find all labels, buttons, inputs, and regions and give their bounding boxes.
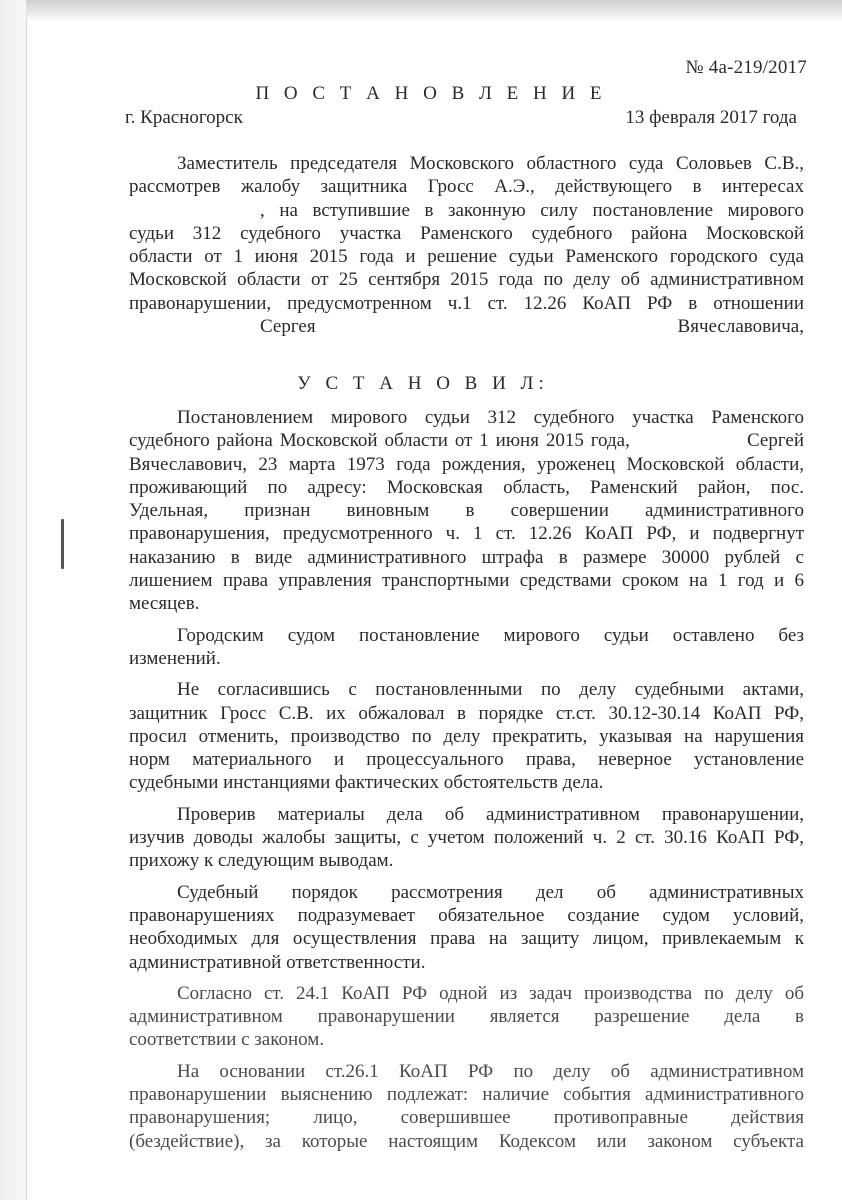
text-line: Городским судом постановление мирового с… xyxy=(129,624,804,647)
intro-paragraph: Заместитель председателя Московского обл… xyxy=(129,152,804,338)
text-line: необходимых для осуществления права на з… xyxy=(129,927,804,950)
text-line: Проверив материалы дела об административ… xyxy=(129,803,804,826)
paragraph: Согласно ст. 24.1 КоАП РФ одной из задач… xyxy=(129,982,804,1052)
place-date-line: г. Красногорск 13 февраля 2017 года xyxy=(125,107,797,129)
paragraph: Постановлением мирового судьи 312 судебн… xyxy=(129,406,804,616)
paragraph: Судебный порядок рассмотрения дел об адм… xyxy=(129,881,804,974)
text-line: правонарушении, предусмотренном ч.1 ст. … xyxy=(129,292,804,315)
margin-bar-mark xyxy=(61,519,64,569)
text-line: судебного района Московской области от 1… xyxy=(129,429,804,452)
text-line: просил отменить, производство по делу пр… xyxy=(129,725,804,748)
paragraph: Городским судом постановление мирового с… xyxy=(129,624,804,671)
text-line: Сергея Вячеславовича, xyxy=(129,315,804,338)
paragraph: Проверив материалы дела об административ… xyxy=(129,803,804,873)
text-line: изменений. xyxy=(129,647,804,670)
findings-body: Постановлением мирового судьи 312 судебн… xyxy=(129,406,804,1153)
text-line: норм материального и процессуального пра… xyxy=(129,748,804,771)
text-line: правонарушениях подразумевает обязательн… xyxy=(129,904,804,927)
date: 13 февраля 2017 года xyxy=(625,107,797,129)
text-line: правонарушения, предусмотренного ч. 1 ст… xyxy=(129,522,804,545)
paragraph: Не согласившись с постановленными по дел… xyxy=(129,678,804,794)
text-line: области от 1 июня 2015 года и решение су… xyxy=(129,245,804,268)
text-line: лишением права управления транспортными … xyxy=(129,569,804,592)
document-title: П О С Т А Н О В Л Е Н И Е xyxy=(10,83,842,105)
text-line: защитник Гросс С.В. их обжаловал в поряд… xyxy=(129,702,804,725)
scan-top-shadow xyxy=(26,0,842,22)
text-line: административном правонарушении является… xyxy=(129,1005,804,1028)
case-number: № 4а-219/2017 xyxy=(685,57,807,79)
text-line: наказанию в виде административного штраф… xyxy=(129,546,804,569)
text-line: Вячеславович, 23 марта 1973 года рождени… xyxy=(129,453,804,476)
text-line: судебными инстанциями фактических обстоя… xyxy=(129,771,804,794)
text-line: месяцев. xyxy=(129,592,804,615)
text-line: (бездействие), за которые настоящим Коде… xyxy=(129,1130,804,1153)
text-line: Не согласившись с постановленными по дел… xyxy=(129,678,804,701)
text-line: Удельная, признан виновным в совершении … xyxy=(129,499,804,522)
section-heading: У С Т А Н О В И Л: xyxy=(2,373,842,395)
text-line: Заместитель председателя Московского обл… xyxy=(129,152,804,175)
text-line: правонарушении выяснению подлежат: налич… xyxy=(129,1083,804,1106)
text-line: изучив доводы жалобы защиты, с учетом по… xyxy=(129,826,804,849)
place: г. Красногорск xyxy=(125,107,243,129)
text-line: Постановлением мирового судьи 312 судебн… xyxy=(129,406,804,429)
text-line: Судебный порядок рассмотрения дел об адм… xyxy=(129,881,804,904)
text-line: административной ответственности. xyxy=(129,951,804,974)
text-line: Согласно ст. 24.1 КоАП РФ одной из задач… xyxy=(129,982,804,1005)
text-line: Московской области от 25 сентября 2015 г… xyxy=(129,268,804,291)
text-line: рассмотрев жалобу защитника Гросс А.Э., … xyxy=(129,175,804,198)
scan-left-edge xyxy=(0,0,26,1200)
text-line: прихожу к следующим выводам. xyxy=(129,849,804,872)
text-line: , на вступившие в законную силу постанов… xyxy=(129,199,804,222)
text-line: На основании ст.26.1 КоАП РФ по делу об … xyxy=(129,1060,804,1083)
text-line: судьи 312 судебного участка Раменского с… xyxy=(129,222,804,245)
text-line: проживающий по адресу: Московская област… xyxy=(129,476,804,499)
paragraph: На основании ст.26.1 КоАП РФ по делу об … xyxy=(129,1060,804,1153)
text-line: правонарушения; лицо, совершившее против… xyxy=(129,1106,804,1129)
text-line: соответствии с законом. xyxy=(129,1028,804,1051)
